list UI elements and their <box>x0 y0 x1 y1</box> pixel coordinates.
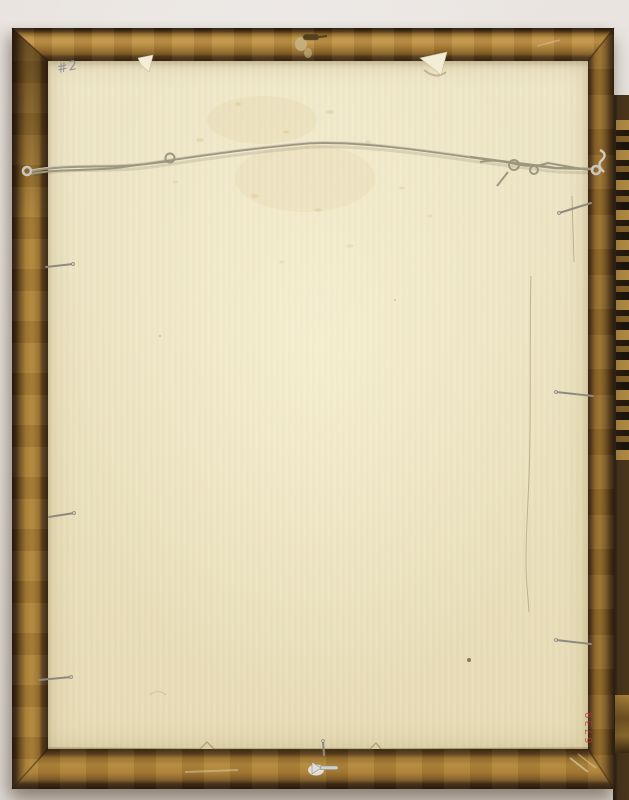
frame-left-rail <box>12 28 48 789</box>
frame-bottom-rail <box>12 749 614 789</box>
red-inventory-inscription: 6739 <box>584 710 595 743</box>
photo-background: #2 6739 <box>0 0 629 800</box>
adjacent-frame-checker-carving <box>616 120 629 460</box>
picture-frame-back <box>12 28 614 789</box>
adjacent-frame-gilt-corner <box>615 695 629 753</box>
frame-right-rail <box>588 28 614 789</box>
backing-board <box>48 61 588 749</box>
frame-top-rail <box>12 28 614 61</box>
adjacent-frame-edge <box>613 95 629 800</box>
